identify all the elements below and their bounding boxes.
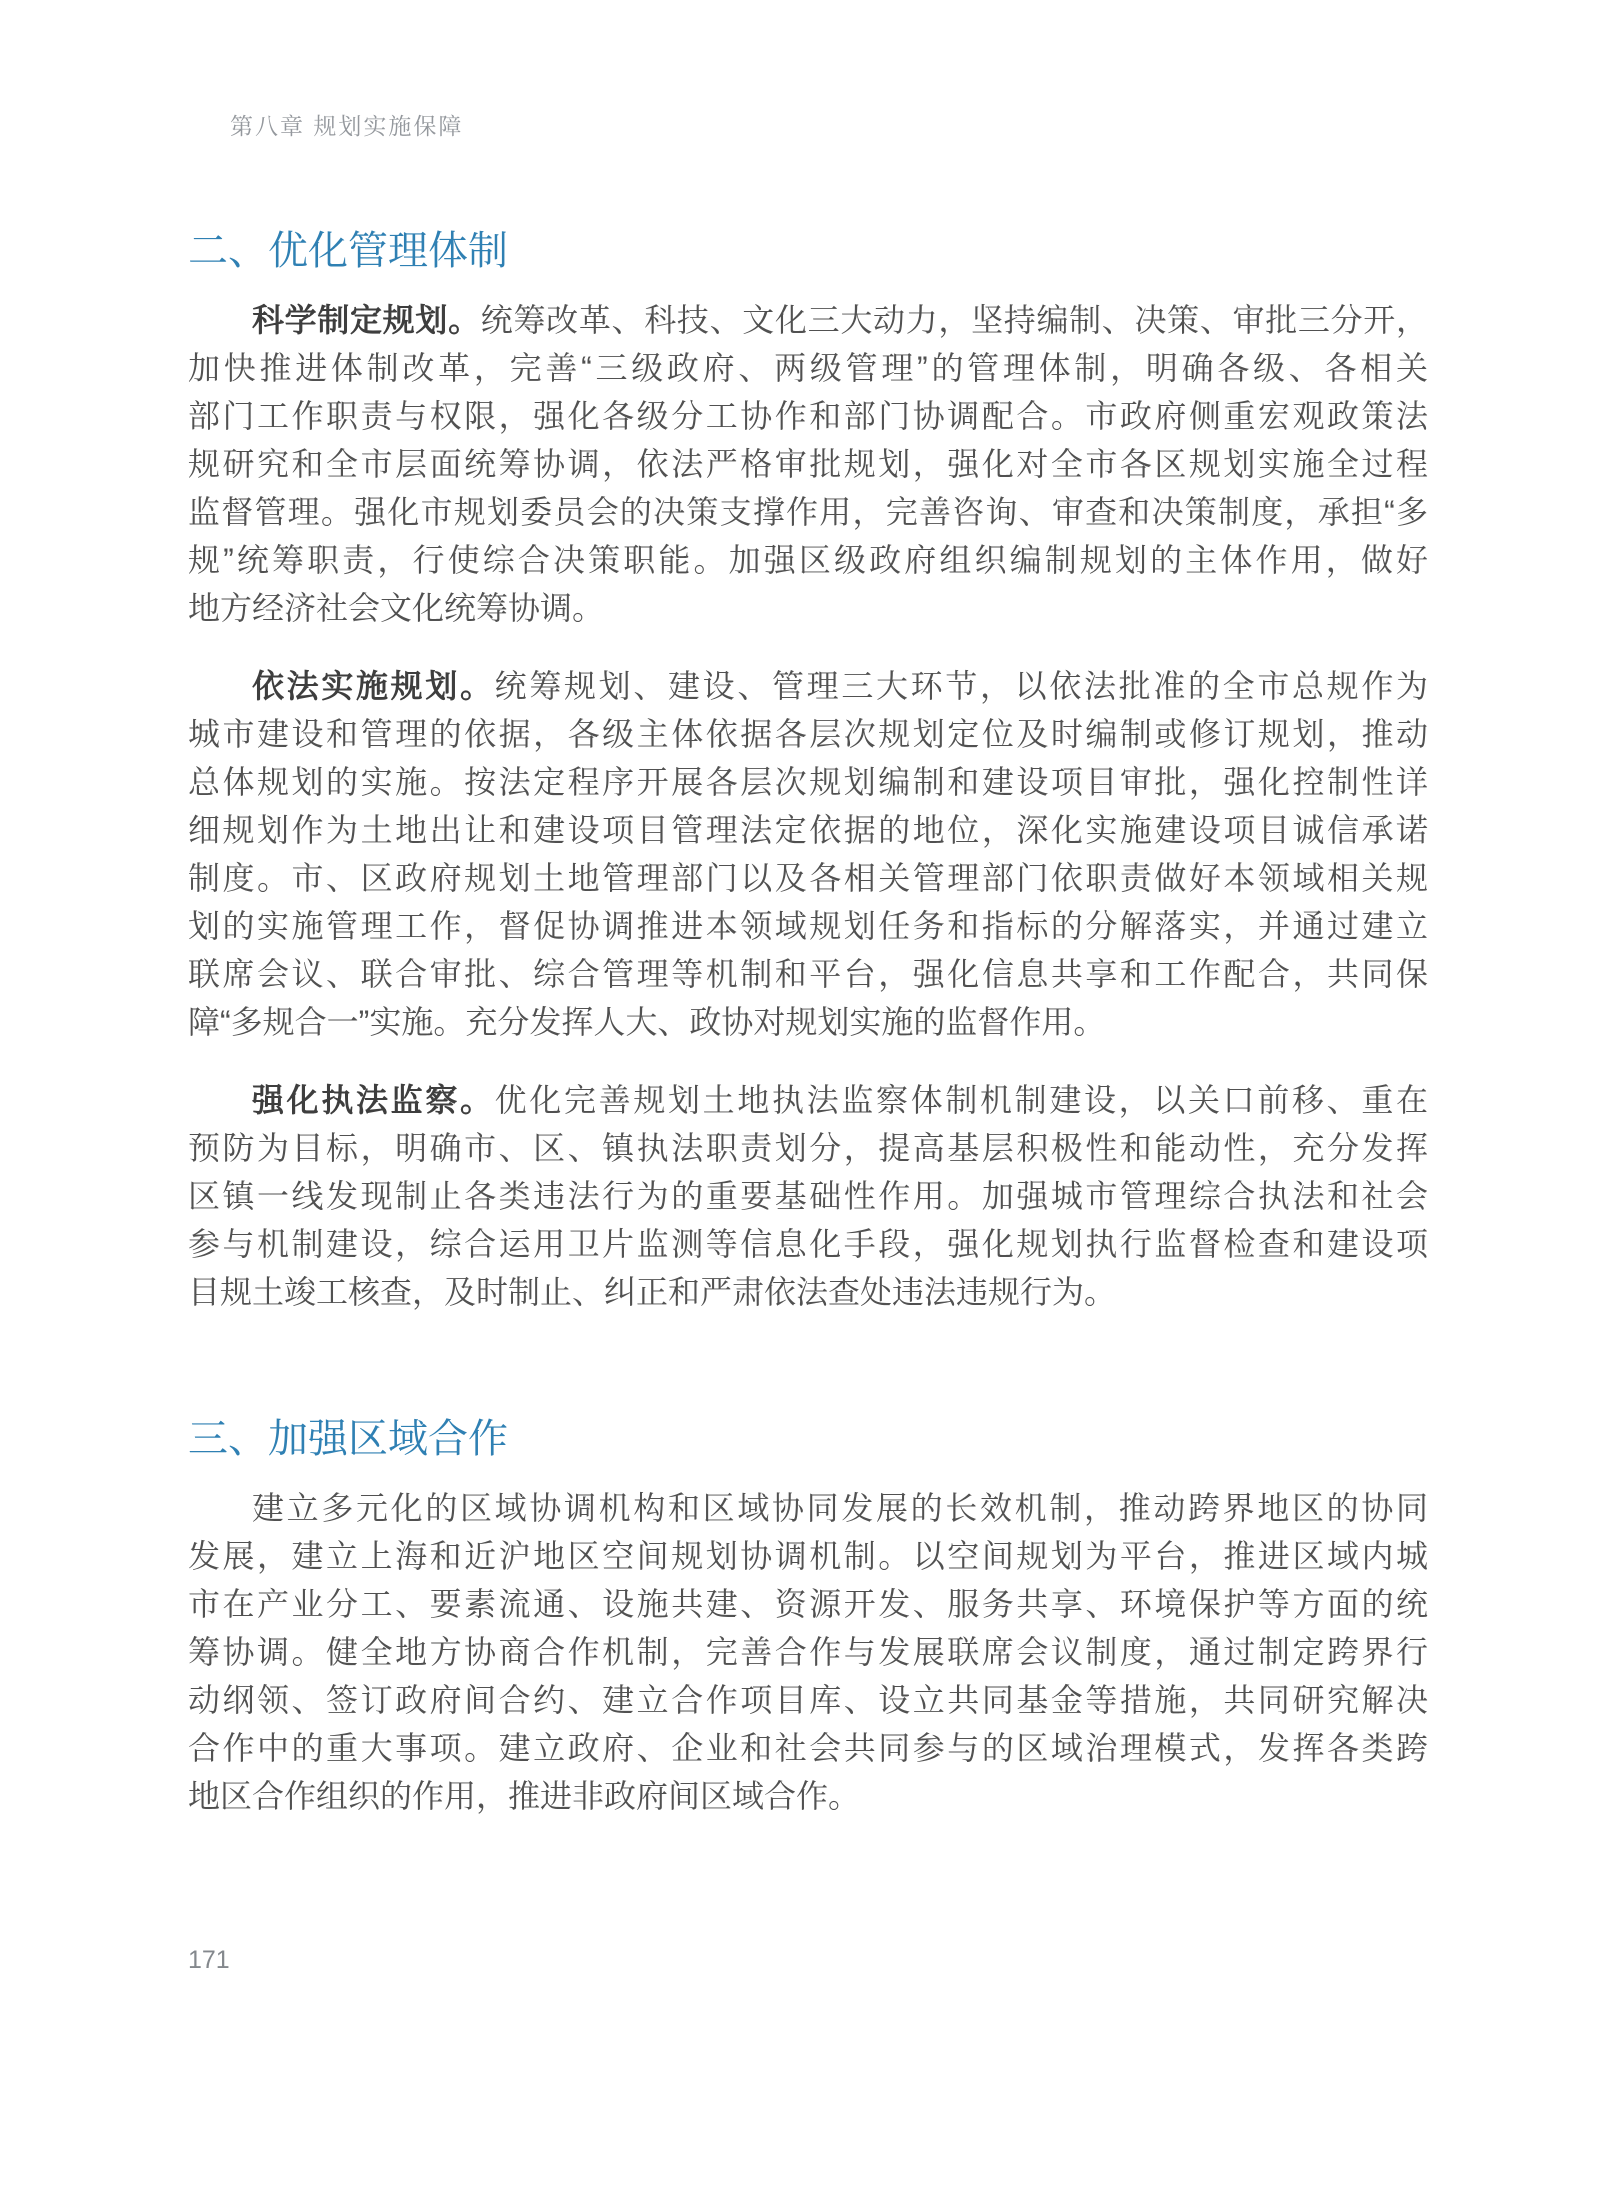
text-line: 参与机制建设，综合运用卫片监测等信息化手段，强化规划执行监督检查和建设项: [188, 1220, 1428, 1268]
text-line: 规”统筹职责，行使综合决策职能。加强区级政府组织编制规划的主体作用，做好: [188, 536, 1428, 584]
text-line-content: 统筹改革、科技、文化三大动力，坚持编制、决策、审批三分开，: [481, 302, 1428, 338]
text-line: 地区合作组织的作用，推进非政府间区域合作。: [188, 1772, 1428, 1820]
text-line: 制度。市、区政府规划土地管理部门以及各相关管理部门依职责做好本领域相关规: [188, 854, 1428, 902]
paragraph: 科学制定规划。统筹改革、科技、文化三大动力，坚持编制、决策、审批三分开， 加快推…: [188, 296, 1428, 632]
section-title: 二、优化管理体制: [188, 228, 1428, 274]
text-line-content: 建立多元化的区域协调机构和区域协同发展的长效机制，推动跨界地区的协同: [252, 1490, 1428, 1526]
text-line: 细规划作为土地出让和建设项目管理法定依据的地位，深化实施建设项目诚信承诺: [188, 806, 1428, 854]
text-line: 划的实施管理工作，督促协调推进本领域规划任务和指标的分解落实，并通过建立: [188, 902, 1428, 950]
text-line: 规研究和全市层面统筹协调，依法严格审批规划，强化对全市各区规划实施全过程: [188, 440, 1428, 488]
text-line: 合作中的重大事项。建立政府、企业和社会共同参与的区域治理模式，发挥各类跨: [188, 1724, 1428, 1772]
text-line: 目规土竣工核查，及时制止、纠正和严肃依法查处违法违规行为。: [188, 1268, 1428, 1316]
document-page: 第八章 规划实施保障 二、优化管理体制 科学制定规划。统筹改革、科技、文化三大动…: [0, 0, 1614, 2205]
text-line: 筹协调。健全地方协商合作机制，完善合作与发展联席会议制度，通过制定跨界行: [188, 1628, 1428, 1676]
text-line: 科学制定规划。统筹改革、科技、文化三大动力，坚持编制、决策、审批三分开，: [188, 296, 1428, 344]
chapter-header: 第八章 规划实施保障: [230, 108, 463, 141]
text-line: 总体规划的实施。按法定程序开展各层次规划编制和建设项目审批，强化控制性详: [188, 758, 1428, 806]
text-line: 监督管理。强化市规划委员会的决策支撑作用，完善咨询、审查和决策制度，承担“多: [188, 488, 1428, 536]
text-line: 动纲领、签订政府间合约、建立合作项目库、设立共同基金等措施，共同研究解决: [188, 1676, 1428, 1724]
text-line: 部门工作职责与权限，强化各级分工协作和部门协调配合。市政府侧重宏观政策法: [188, 392, 1428, 440]
paragraph-lead: 科学制定规划。: [252, 302, 481, 338]
text-line: 城市建设和管理的依据，各级主体依据各层次规划定位及时编制或修订规划，推动: [188, 710, 1428, 758]
text-line: 依法实施规划。统筹规划、建设、管理三大环节，以依法批准的全市总规作为: [188, 662, 1428, 710]
text-line: 联席会议、联合审批、综合管理等机制和平台，强化信息共享和工作配合，共同保: [188, 950, 1428, 998]
page-number: 171: [188, 1946, 230, 1975]
text-line-content: 统筹规划、建设、管理三大环节，以依法批准的全市总规作为: [495, 668, 1428, 704]
page-content: 二、优化管理体制 科学制定规划。统筹改革、科技、文化三大动力，坚持编制、决策、审…: [188, 228, 1428, 1850]
text-line: 加快推进体制改革，完善“三级政府、两级管理”的管理体制，明确各级、各相关: [188, 344, 1428, 392]
text-line-content: 优化完善规划土地执法监察体制机制建设，以关口前移、重在: [495, 1082, 1428, 1118]
text-line: 建立多元化的区域协调机构和区域协同发展的长效机制，推动跨界地区的协同: [188, 1484, 1428, 1532]
paragraph: 依法实施规划。统筹规划、建设、管理三大环节，以依法批准的全市总规作为 城市建设和…: [188, 662, 1428, 1046]
paragraph-lead: 强化执法监察。: [252, 1082, 495, 1118]
paragraph: 强化执法监察。优化完善规划土地执法监察体制机制建设，以关口前移、重在 预防为目标…: [188, 1076, 1428, 1316]
section-title: 三、加强区域合作: [188, 1416, 1428, 1462]
text-line: 地方经济社会文化统筹协调。: [188, 584, 1428, 632]
text-line: 发展，建立上海和近沪地区空间规划协调机制。以空间规划为平台，推进区域内城: [188, 1532, 1428, 1580]
text-line: 障“多规合一”实施。充分发挥人大、政协对规划实施的监督作用。: [188, 998, 1428, 1046]
paragraph-lead: 依法实施规划。: [252, 668, 495, 704]
text-line: 市在产业分工、要素流通、设施共建、资源开发、服务共享、环境保护等方面的统: [188, 1580, 1428, 1628]
text-line: 强化执法监察。优化完善规划土地执法监察体制机制建设，以关口前移、重在: [188, 1076, 1428, 1124]
text-line: 区镇一线发现制止各类违法行为的重要基础性作用。加强城市管理综合执法和社会: [188, 1172, 1428, 1220]
text-line: 预防为目标，明确市、区、镇执法职责划分，提高基层积极性和能动性，充分发挥: [188, 1124, 1428, 1172]
paragraph: 建立多元化的区域协调机构和区域协同发展的长效机制，推动跨界地区的协同 发展，建立…: [188, 1484, 1428, 1820]
